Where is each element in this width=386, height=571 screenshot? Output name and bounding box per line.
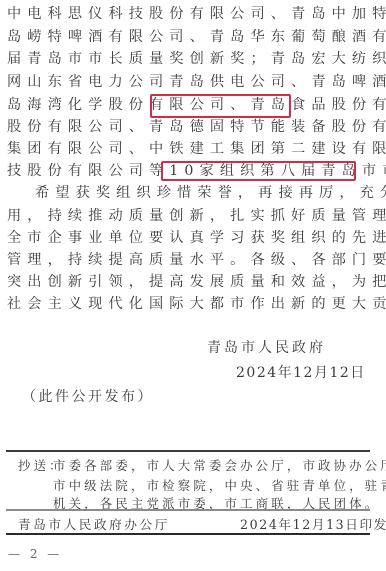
- page-number: — 2 —: [8, 547, 62, 561]
- para2-line-4: 管理，持续提高质量水平。各级、各部门要高度重视质量工作，: [7, 249, 379, 271]
- issuing-office: 青岛市人民政府办公厅: [18, 514, 170, 533]
- body-line-7: 集团有限公司、中铁建工集团第二建设有限公司、青岛豪江智能科: [7, 138, 379, 160]
- print-date: 2024年12月13日印发: [240, 514, 386, 533]
- footer-top-rule: [6, 509, 370, 511]
- body-line-6: 股份有限公司、青岛德固特节能装备股份有限公司、青岛体育发展: [7, 116, 379, 138]
- para2-line-5: 突出创新引领，提高发展质量和效益，为把青岛建设成为新时代: [7, 271, 379, 293]
- body-line-8: 技股份有限公司等10家组织第八届青岛市市长质量奖提名奖。: [7, 160, 379, 182]
- publication-note: （此件公开发布）: [22, 386, 154, 406]
- cc-top-rule: [6, 450, 370, 452]
- para2-line-1: 希望获奖组织珍惜荣誉，再接再厉，充分发挥标杆引领作: [35, 182, 379, 204]
- document-page: 中电科思仪科技股份有限公司、青岛中加特电气股份有限公司、青 岛崂特啤酒有限公司、…: [0, 0, 386, 571]
- cc-line-1: 市委各部委，市人大常委会办公厅，市政协办公厅，市监委，: [53, 456, 386, 476]
- body-line-4: 网山东省电力公司青岛供电公司、青岛啤酒文化传播有限公司、青: [7, 71, 379, 93]
- issuer-name: 青岛市人民政府: [207, 337, 326, 357]
- para2-line-3: 全市企事业单位要认真学习获奖组织的先进经验，加强全面质量: [7, 227, 379, 249]
- cc-line-2: 市中级法院，市检察院，中央、省驻青单位，驻青部队领导: [53, 476, 386, 496]
- issue-date: 2024年12月12日: [236, 362, 366, 382]
- para2-line-6: 社会主义现代化国际大都市作出新的更大贡献。: [7, 293, 379, 315]
- para2-line-2: 用，持续推动质量创新，扎实抓好质量管理，不断取得新成绩。: [7, 205, 379, 227]
- body-line-3: 届青岛市市长质量奖创新奖；青岛宏大纺织机械有限责任公司、国: [7, 48, 379, 70]
- body-line-5: 岛海湾化学股份有限公司、青岛食品股份有限公司、青岛乾程科技: [7, 94, 379, 116]
- footer-bottom-rule: [6, 533, 370, 535]
- body-line-2: 岛崂特啤酒有限公司、青岛华东葡萄酿酒有限公司等５家组织第八: [7, 26, 379, 48]
- body-line-1: 中电科思仪科技股份有限公司、青岛中加特电气股份有限公司、青: [7, 3, 379, 25]
